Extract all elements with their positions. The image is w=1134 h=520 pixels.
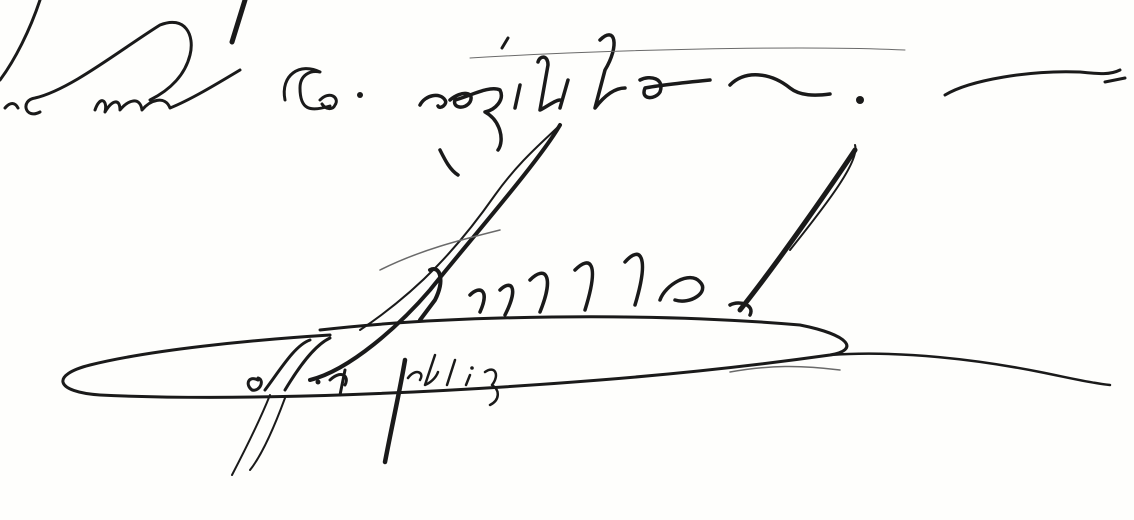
accent-acute [502, 38, 508, 48]
ascender-stroke [232, 0, 245, 42]
letters-ur [95, 70, 240, 112]
signature-R-loop [360, 125, 560, 330]
signature-letters [470, 254, 642, 315]
manuscript-page: Sur le régistre. Rousset off. public [0, 0, 1134, 520]
subscript-ublic [408, 355, 498, 405]
ascender-stroke [0, 0, 40, 80]
subscript-o [248, 378, 261, 390]
dot [357, 92, 363, 98]
signature-final-stroke [740, 150, 855, 310]
line-filler-dash [945, 70, 1120, 95]
subscript-p-descender [385, 360, 405, 462]
period [856, 96, 864, 104]
subscript-ff-descenders [232, 395, 285, 475]
signature-R-stroke [310, 125, 560, 380]
signature-e [660, 278, 703, 301]
letters-re [640, 75, 830, 98]
letters-reg [450, 89, 501, 150]
letters-tr [560, 35, 625, 108]
handwriting-strokes [0, 0, 1134, 520]
flourish-tick [440, 150, 458, 175]
signature-tail [830, 354, 1110, 385]
letter-l [284, 69, 330, 109]
letters-ist [515, 57, 560, 110]
signature-underline-flourish [63, 317, 847, 398]
letter-S [26, 22, 191, 114]
